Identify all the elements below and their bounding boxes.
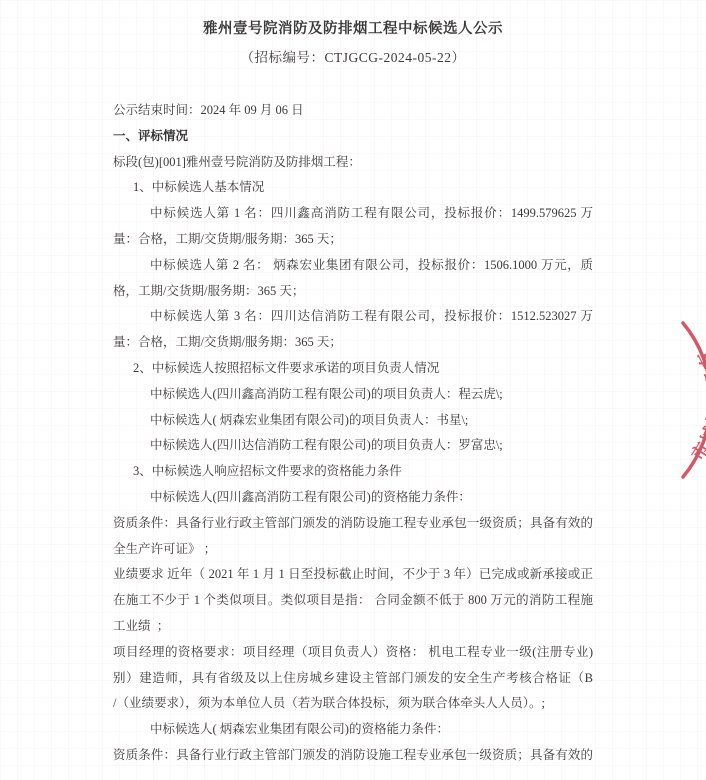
- seal-arc: [683, 323, 706, 477]
- manager-req-line: 项目经理的资格要求：项目经理（项目负责人）资格： 机电工程专业一级(注册专业)（…: [113, 640, 593, 666]
- candidate-1-line-cont: 量：合格，工期/交货期/服务期：365 天；: [113, 227, 593, 253]
- announcement-document: 雅州壹号院消防及防排烟工程中标候选人公示 （招标编号：CTJGCG-2024-0…: [0, 0, 706, 780]
- page-title: 雅州壹号院消防及防排烟工程中标候选人公示: [0, 19, 706, 39]
- document-body: 公示结束时间：2024 年 09 月 06 日 一、评标情况 标段(包)[001…: [113, 98, 593, 769]
- manager-candidate-3: 中标候选人(四川达信消防工程有限公司)的项目负责人：罗富忠\;: [113, 433, 593, 459]
- subheading-basic-info: 1、中标候选人基本情况: [113, 175, 593, 201]
- candidate-3-line: 中标候选人第 3 名：四川达信消防工程有限公司，投标报价：1512.523027…: [113, 304, 593, 330]
- qualification-text-line: 全生产许可证》 ；: [113, 537, 593, 563]
- candidate-3-line-cont: 量：合格，工期/交货期/服务期：365 天；: [113, 330, 593, 356]
- section-heading: 一、评标情况: [113, 124, 593, 150]
- tender-number: （招标编号：CTJGCG-2024-05-22）: [0, 49, 706, 67]
- document-header: 雅州壹号院消防及防排烟工程中标候选人公示 （招标编号：CTJGCG-2024-0…: [0, 19, 706, 67]
- qualification-candidate-2: 中标候选人( 炳森宏业集团有限公司)的资格能力条件：: [113, 717, 593, 743]
- bid-section-line: 标段(包)[001]雅州壹号院消防及防排烟工程：: [113, 150, 593, 176]
- candidate-2-line: 中标候选人第 2 名： 炳森宏业集团有限公司，投标报价：1506.1000 万元…: [113, 253, 593, 279]
- candidate-2-line-cont: 格，工期/交货期/服务期：365 天；: [113, 279, 593, 305]
- subheading-project-manager: 2、中标候选人按照招标文件要求承诺的项目负责人情况: [113, 356, 593, 382]
- manager-candidate-1: 中标候选人(四川鑫高消防工程有限公司)的项目负责人：程云虎\;: [113, 382, 593, 408]
- manager-candidate-2: 中标候选人( 炳森宏业集团有限公司)的项目负责人：书星\;: [113, 408, 593, 434]
- qualification-text-line: 资质条件：具备行业行政主管部门颁发的消防设施工程专业承包一级资质；具备有效的《安: [113, 743, 593, 769]
- publicity-end-time: 公示结束时间：2024 年 09 月 06 日: [113, 98, 593, 124]
- manager-req-line: 别）建造师，具有省级及以上住房城乡建设主管部门颁发的安全生产考核合格证（B 证）…: [113, 666, 593, 692]
- qualification-candidate-1: 中标候选人(四川鑫高消防工程有限公司)的资格能力条件：: [113, 485, 593, 511]
- qualification-text-line: 资质条件：具备行业行政主管部门颁发的消防设施工程专业承包一级资质；具备有效的《安: [113, 511, 593, 537]
- performance-req-line: 业绩要求 近年（ 2021 年 1 月 1 日至投标截止时间，不少于 3 年）已…: [113, 562, 593, 588]
- performance-req-line: 工业绩 ；: [113, 614, 593, 640]
- performance-req-line: 在施工不少于 1 个类似项目。类似项目是指： 合同金额不低于 800 万元的消防…: [113, 588, 593, 614]
- seal-text: 市城投建设有: [687, 344, 706, 464]
- company-seal: 市城投建设有: [586, 280, 706, 560]
- subheading-qualifications: 3、中标候选人响应招标文件要求的资格能力条件: [113, 459, 593, 485]
- manager-req-line: /（业绩要求），须为本单位人员（若为联合体投标，须为联合体牵头人人员）。;: [113, 691, 593, 717]
- candidate-1-line: 中标候选人第 1 名：四川鑫高消防工程有限公司，投标报价：1499.579625…: [113, 201, 593, 227]
